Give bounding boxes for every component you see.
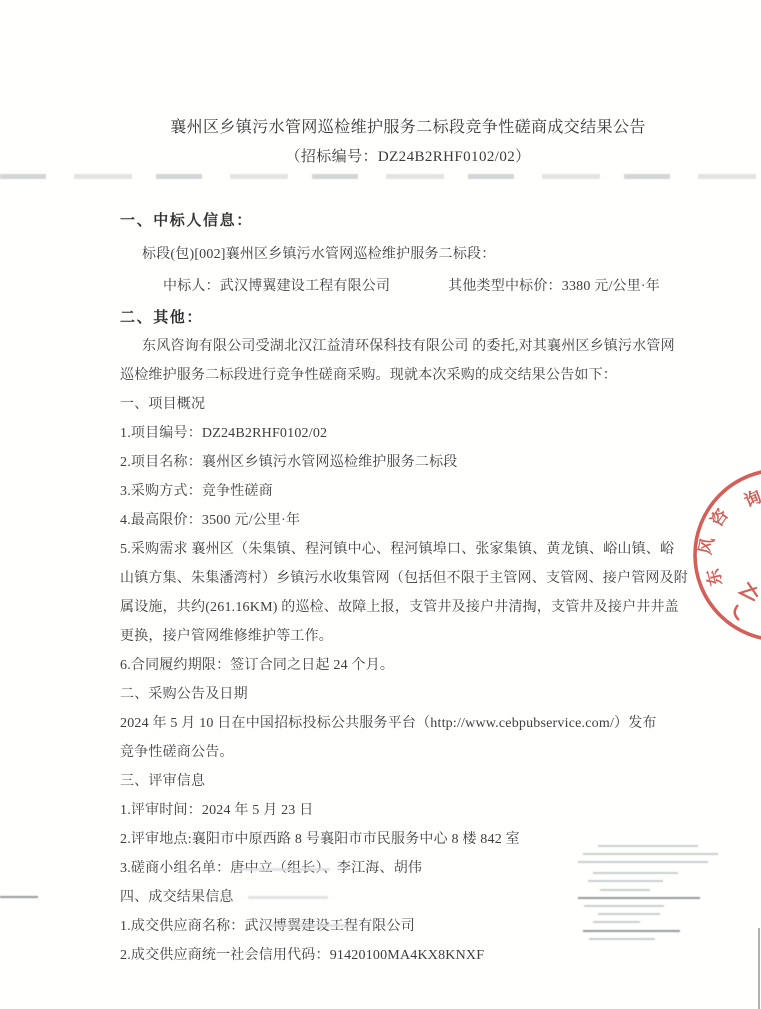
seal-char: 风	[696, 535, 718, 557]
scan-artifact-line	[600, 889, 650, 891]
seal-char: 东	[702, 567, 726, 588]
seal-star-icon	[740, 583, 757, 600]
scan-artifact-line	[598, 845, 698, 847]
lot-line: 标段(包)[002]襄州区乡镇污水管网巡检维护服务二标段：	[120, 244, 660, 266]
text-line: 5.采购需求 襄州区（朱集镇、程河镇中心、程河镇埠口、张家集镇、黄龙镇、峪山镇、…	[120, 535, 660, 564]
column-gap	[390, 276, 448, 298]
text-line: 6.合同履约期限：签订合同之日起 24 个月。	[120, 651, 660, 680]
scan-artifact-line	[589, 938, 655, 940]
scan-artifact-line	[588, 880, 663, 882]
section-heading-winner-info: 一、中标人信息：	[120, 210, 660, 232]
scan-artifact-line	[593, 872, 678, 874]
section-heading-other: 二、其他：	[120, 307, 660, 329]
scan-artifact-line	[578, 897, 700, 899]
part2-heading: 二、采购公告及日期	[120, 680, 660, 709]
scan-artifact-line	[583, 853, 718, 855]
scan-artifact-line	[248, 896, 328, 899]
scan-artifact-line	[593, 921, 640, 923]
part3-heading: 三、评审信息	[120, 767, 660, 796]
part3-lines: 1.评审时间：2024 年 5 月 23 日2.评审地点:襄阳市中原西路 8 号…	[120, 796, 660, 883]
text-line: 1.评审时间：2024 年 5 月 23 日	[120, 796, 660, 825]
intro-paragraph: 东风咨询有限公司受湖北汉江益清环保科技有限公司 的委托,对其襄州区乡镇污水管网巡…	[120, 332, 660, 390]
part2-lines: 2024 年 5 月 10 日在中国招标投标公共服务平台（http://www.…	[120, 709, 660, 767]
scanned-document-page: 襄州区乡镇污水管网巡检维护服务二标段竞争性磋商成交结果公告 （招标编号：DZ24…	[0, 0, 761, 1009]
part1-heading: 一、项目概况	[120, 390, 660, 419]
part1-lines: 1.项目编号：DZ24B2RHF0102/022.项目名称：襄州区乡镇污水管网巡…	[120, 419, 660, 680]
text-line: 3.采购方式：竞争性磋商	[120, 477, 660, 506]
scan-artifact-line	[266, 924, 352, 927]
bid-number-line: （招标编号：DZ24B2RHF0102/02）	[120, 146, 660, 168]
scan-artifact-line	[240, 868, 330, 871]
winner-price: 其他类型中标价：3380 元/公里·年	[448, 276, 660, 298]
document-title: 襄州区乡镇污水管网巡检维护服务二标段竞争性磋商成交结果公告	[120, 116, 660, 140]
text-line: 山镇方集、朱集潘湾村）乡镇污水收集管网（包括但不限于主管网、支管网、接户管网及附	[120, 564, 660, 593]
text-line: 2024 年 5 月 10 日在中国招标投标公共服务平台（http://www.…	[120, 709, 660, 738]
text-line: 4.最高限价：3500 元/公里·年	[120, 506, 660, 535]
red-company-seal: 询 咨 风 东	[660, 440, 761, 670]
text-line: 更换，接户管网维修维护等工作。	[120, 622, 660, 651]
seal-bottom-mark	[735, 605, 739, 620]
page-edge-shadow	[758, 928, 760, 1009]
scan-artifact-line	[583, 930, 680, 932]
scan-artifact-line	[578, 861, 708, 863]
part4-lines: 1.成交供应商名称：武汉博翼建设工程有限公司2.成交供应商统一社会信用代码：91…	[120, 912, 660, 970]
document-content: 襄州区乡镇污水管网巡检维护服务二标段竞争性磋商成交结果公告 （招标编号：DZ24…	[0, 0, 660, 970]
scan-artifact-line	[584, 905, 664, 907]
text-line: 巡检维护服务二标段进行竞争性磋商采购。现就本次采购的成交结果公告如下：	[120, 361, 660, 390]
text-line: 竞争性磋商公告。	[120, 738, 660, 767]
winner-row: 中标人：武汉博翼建设工程有限公司 其他类型中标价：3380 元/公里·年	[120, 276, 660, 298]
text-line: 3.磋商小组名单：唐中立（组长）、李江海、胡伟	[120, 854, 660, 883]
text-line: 2.评审地点:襄阳市中原西路 8 号襄阳市市民服务中心 8 楼 842 室	[120, 825, 660, 854]
document-body: 东风咨询有限公司受湖北汉江益清环保科技有限公司 的委托,对其襄州区乡镇污水管网巡…	[120, 332, 660, 970]
text-line: 2.成交供应商统一社会信用代码：91420100MA4KX8KNXF	[120, 941, 660, 970]
text-line: 属设施，共约(261.16KM) 的巡检、故障上报，支管井及接户井清掏，支管井及…	[120, 593, 660, 622]
text-line: 东风咨询有限公司受湖北汉江益清环保科技有限公司 的委托,对其襄州区乡镇污水管网	[120, 332, 660, 361]
text-line: 1.项目编号：DZ24B2RHF0102/02	[120, 419, 660, 448]
scan-artifact-line	[0, 896, 38, 898]
text-line: 1.成交供应商名称：武汉博翼建设工程有限公司	[120, 912, 660, 941]
winner-name: 中标人：武汉博翼建设工程有限公司	[163, 276, 390, 298]
text-line: 2.项目名称：襄州区乡镇污水管网巡检维护服务二标段	[120, 448, 660, 477]
scan-artifact-line	[598, 913, 660, 915]
seal-char: 询	[741, 486, 761, 511]
